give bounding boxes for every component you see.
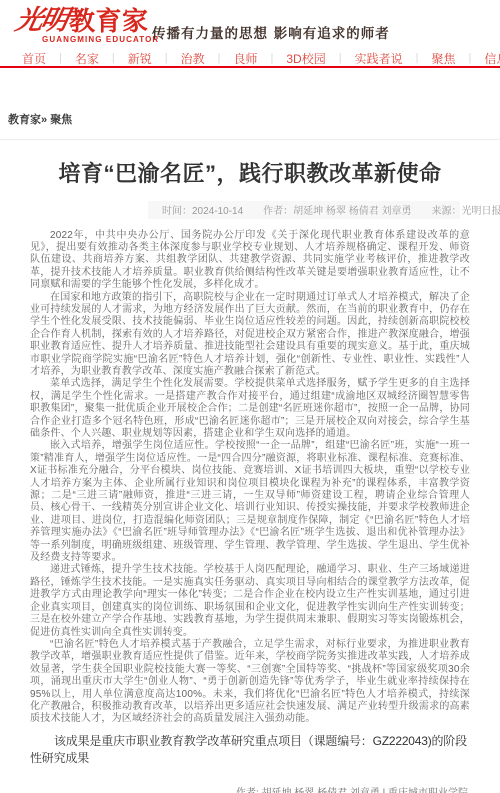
logo-script-text: 光明 <box>13 7 69 34</box>
paragraph: 2022年，中共中央办公厅、国务院办公厅印发《关于深化现代职业教育体系建设改革的… <box>30 230 470 292</box>
site-tagline: 传播有力量的思想 影响有追求的师者 <box>152 22 390 42</box>
meta-source-value: 光明日报 <box>462 206 500 217</box>
meta-time-label: 时间： <box>162 206 192 217</box>
nav-divider: | <box>339 52 342 64</box>
meta-authors-value: 胡延坤 杨翠 杨倩君 刘章勇 <box>293 206 411 217</box>
nav-item-jujiao[interactable]: 聚焦 <box>431 50 455 67</box>
paragraph: 在国家和地方政策的指引下，高职院校与企业在一定时期通过订单式人才培养模式，解决了… <box>30 292 470 379</box>
logo-bold-text: 教育家 <box>69 8 149 34</box>
article-body: 2022年，中共中央办公厅、国务院办公厅印发《关于深化现代职业教育体系建设改革的… <box>30 230 470 726</box>
meta-time-value: 2024-10-14 <box>192 206 243 217</box>
nav-divider: | <box>165 52 168 64</box>
nav-item-3d-campus[interactable]: 3D校园 <box>286 50 325 67</box>
site-logo[interactable]: 光明 教育家 GUANGMING EDUCATOR <box>16 7 159 44</box>
article-meta-bar: 时间：2024-10-14 作者：胡延坤 杨翠 杨倩君 刘章勇 来源：光明日报 <box>148 201 460 219</box>
breadcrumb-home-link[interactable]: 教育家» <box>8 114 47 126</box>
nav-divider: | <box>468 52 471 64</box>
nav-divider: | <box>218 52 221 64</box>
nav-divider: | <box>416 52 419 64</box>
paragraph: “巴渝名匠”特色人才培养模式基于产教融合，立足学生需求，对标行业要求，为推进职业… <box>30 639 470 726</box>
breadcrumb: 教育家» 聚焦 <box>0 68 500 127</box>
meta-source-label: 来源： <box>432 206 462 217</box>
article-footer-byline: 作者: 胡延坤 杨翠 杨倩君 刘章勇 | 重庆城市职业学院 <box>30 784 470 793</box>
meta-authors-label: 作者： <box>263 206 293 217</box>
meta-source: 来源：光明日报 <box>432 202 500 217</box>
nav-item-home[interactable]: 首页 <box>22 50 46 67</box>
breadcrumb-current-link[interactable]: 聚焦 <box>50 114 72 126</box>
nav-item-zhijiao[interactable]: 治教 <box>181 50 205 67</box>
main-nav: 首页 | 名家 | 新锐 | 治教 | 良师 | 3D校园 | 实践者说 | 聚… <box>0 50 500 68</box>
nav-divider: | <box>271 52 274 64</box>
nav-item-mingjia[interactable]: 名家 <box>75 50 99 67</box>
paragraph: 嵌入式培养，增强学生岗位适应性。学校按照“一企一品牌”，组建“巴渝名匠”班，实施… <box>30 440 470 564</box>
page: 光明 教育家 GUANGMING EDUCATOR 传播有力量的思想 影响有追求… <box>0 0 500 793</box>
nav-item-liangshi[interactable]: 良师 <box>234 50 258 67</box>
logo-subtitle: GUANGMING EDUCATOR <box>16 35 159 44</box>
logo-wordmark: 光明 教育家 <box>16 7 159 34</box>
nav-item-xinrui[interactable]: 新锐 <box>128 50 152 67</box>
nav-divider: | <box>112 52 115 64</box>
project-note: 该成果是重庆市职业教育教学改革研究重点项目（课题编号：GZ222043)的阶段性… <box>30 733 470 767</box>
nav-divider: | <box>59 52 62 64</box>
article: 培育“巴渝名匠”，践行职教改革新使命 时间：2024-10-14 作者：胡延坤 … <box>30 140 470 793</box>
meta-time: 时间：2024-10-14 <box>162 202 243 217</box>
paragraph: 菜单式选择，满足学生个性化发展需要。学校提供菜单式选择服务，赋予学生更多的自主选… <box>30 378 470 440</box>
paragraph: 递进式锤炼，提升学生技术技能。学校基于人岗匹配理论，融通学习、职业、生产三场域递… <box>30 564 470 638</box>
article-title: 培育“巴渝名匠”，践行职教改革新使命 <box>30 160 470 188</box>
site-header: 光明 教育家 GUANGMING EDUCATOR 传播有力量的思想 影响有追求… <box>0 0 500 50</box>
meta-authors: 作者：胡延坤 杨翠 杨倩君 刘章勇 <box>263 202 411 217</box>
nav-item-shijianzheshuo[interactable]: 实践者说 <box>355 50 403 67</box>
nav-item-xinxi[interactable]: 信息 <box>484 50 500 67</box>
